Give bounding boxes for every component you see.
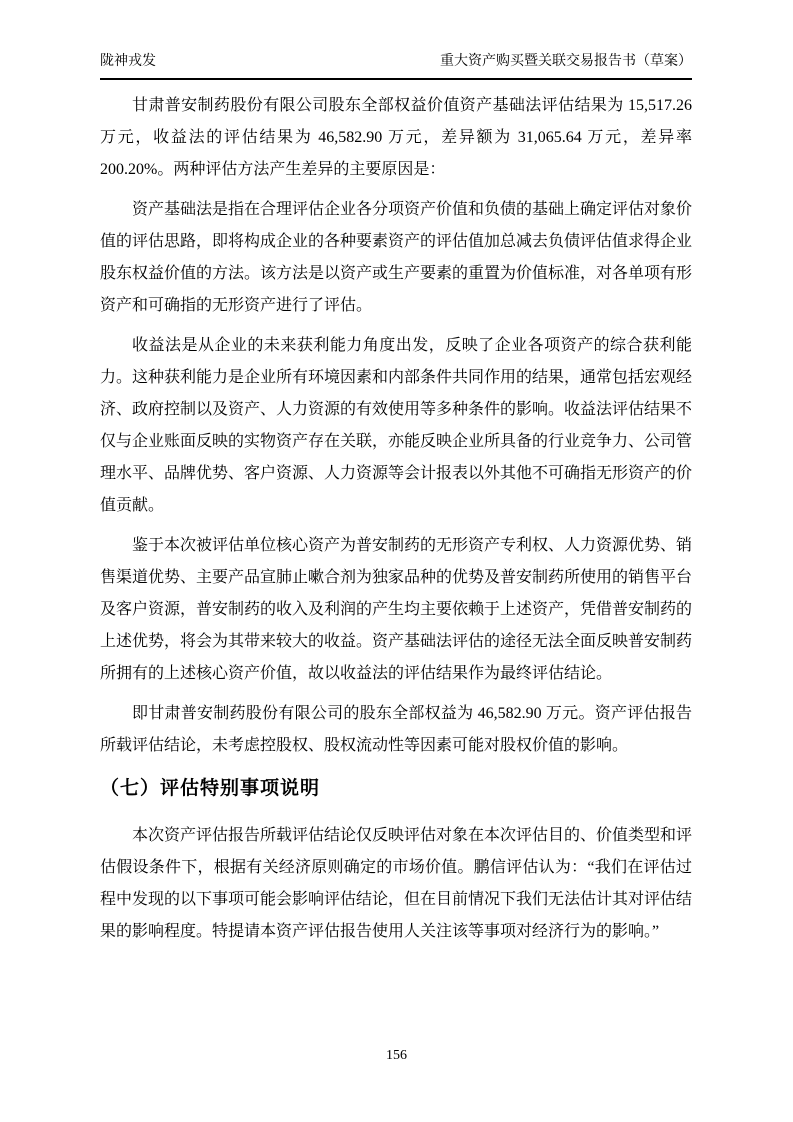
page-header: 陇神戎发 重大资产购买暨关联交易报告书（草案）: [100, 52, 692, 80]
header-left-runninghead: 陇神戎发: [100, 52, 156, 72]
paragraph-final-conclusion: 即甘肃普安制药股份有限公司的股东全部权益为 46,582.90 万元。资产评估报…: [100, 698, 692, 762]
paragraph-core-assets-rationale: 鉴于本次被评估单位核心资产为普安制药的无形资产专利权、人力资源优势、销售渠道优势…: [100, 530, 692, 690]
document-page: 陇神戎发 重大资产购买暨关联交易报告书（草案） 甘肃普安制药股份有限公司股东全部…: [0, 0, 793, 1122]
document-body: 甘肃普安制药股份有限公司股东全部权益价值资产基础法评估结果为 15,517.26…: [100, 84, 692, 948]
paragraph-special-matters-intro: 本次资产评估报告所载评估结论仅反映评估对象在本次评估目的、价值类型和评估假设条件…: [100, 820, 692, 948]
paragraph-valuation-results: 甘肃普安制药股份有限公司股东全部权益价值资产基础法评估结果为 15,517.26…: [100, 90, 692, 186]
header-right-doc-title: 重大资产购买暨关联交易报告书（草案）: [440, 52, 692, 72]
paragraph-income-method: 收益法是从企业的未来获利能力角度出发，反映了企业各项资产的综合获利能力。这种获利…: [100, 330, 692, 522]
page-number: 156: [386, 1048, 407, 1063]
paragraph-asset-based-method: 资产基础法是指在合理评估企业各分项资产价值和负债的基础上确定评估对象价值的评估思…: [100, 194, 692, 322]
page-footer: 156: [0, 1048, 793, 1064]
section-heading-special-matters: （七）评估特别事项说明: [100, 776, 692, 802]
